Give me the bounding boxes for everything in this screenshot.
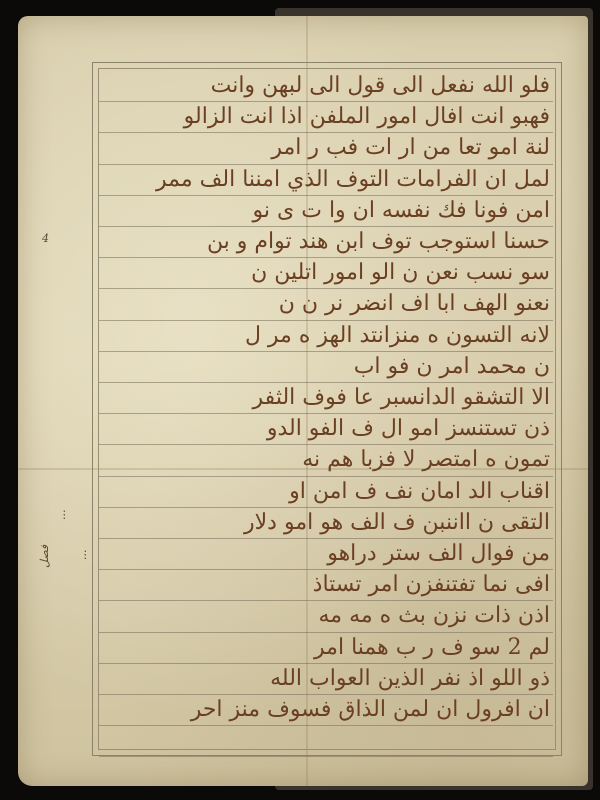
margin-note: ... xyxy=(76,550,89,561)
manuscript-line: ان افرول ان لمن الذاق فسوف منز احر xyxy=(104,692,550,728)
margin-note: 4 xyxy=(42,232,49,245)
margin-note: فصل xyxy=(38,545,51,568)
margin-note: ... xyxy=(55,510,68,521)
ruling-line xyxy=(99,756,553,757)
